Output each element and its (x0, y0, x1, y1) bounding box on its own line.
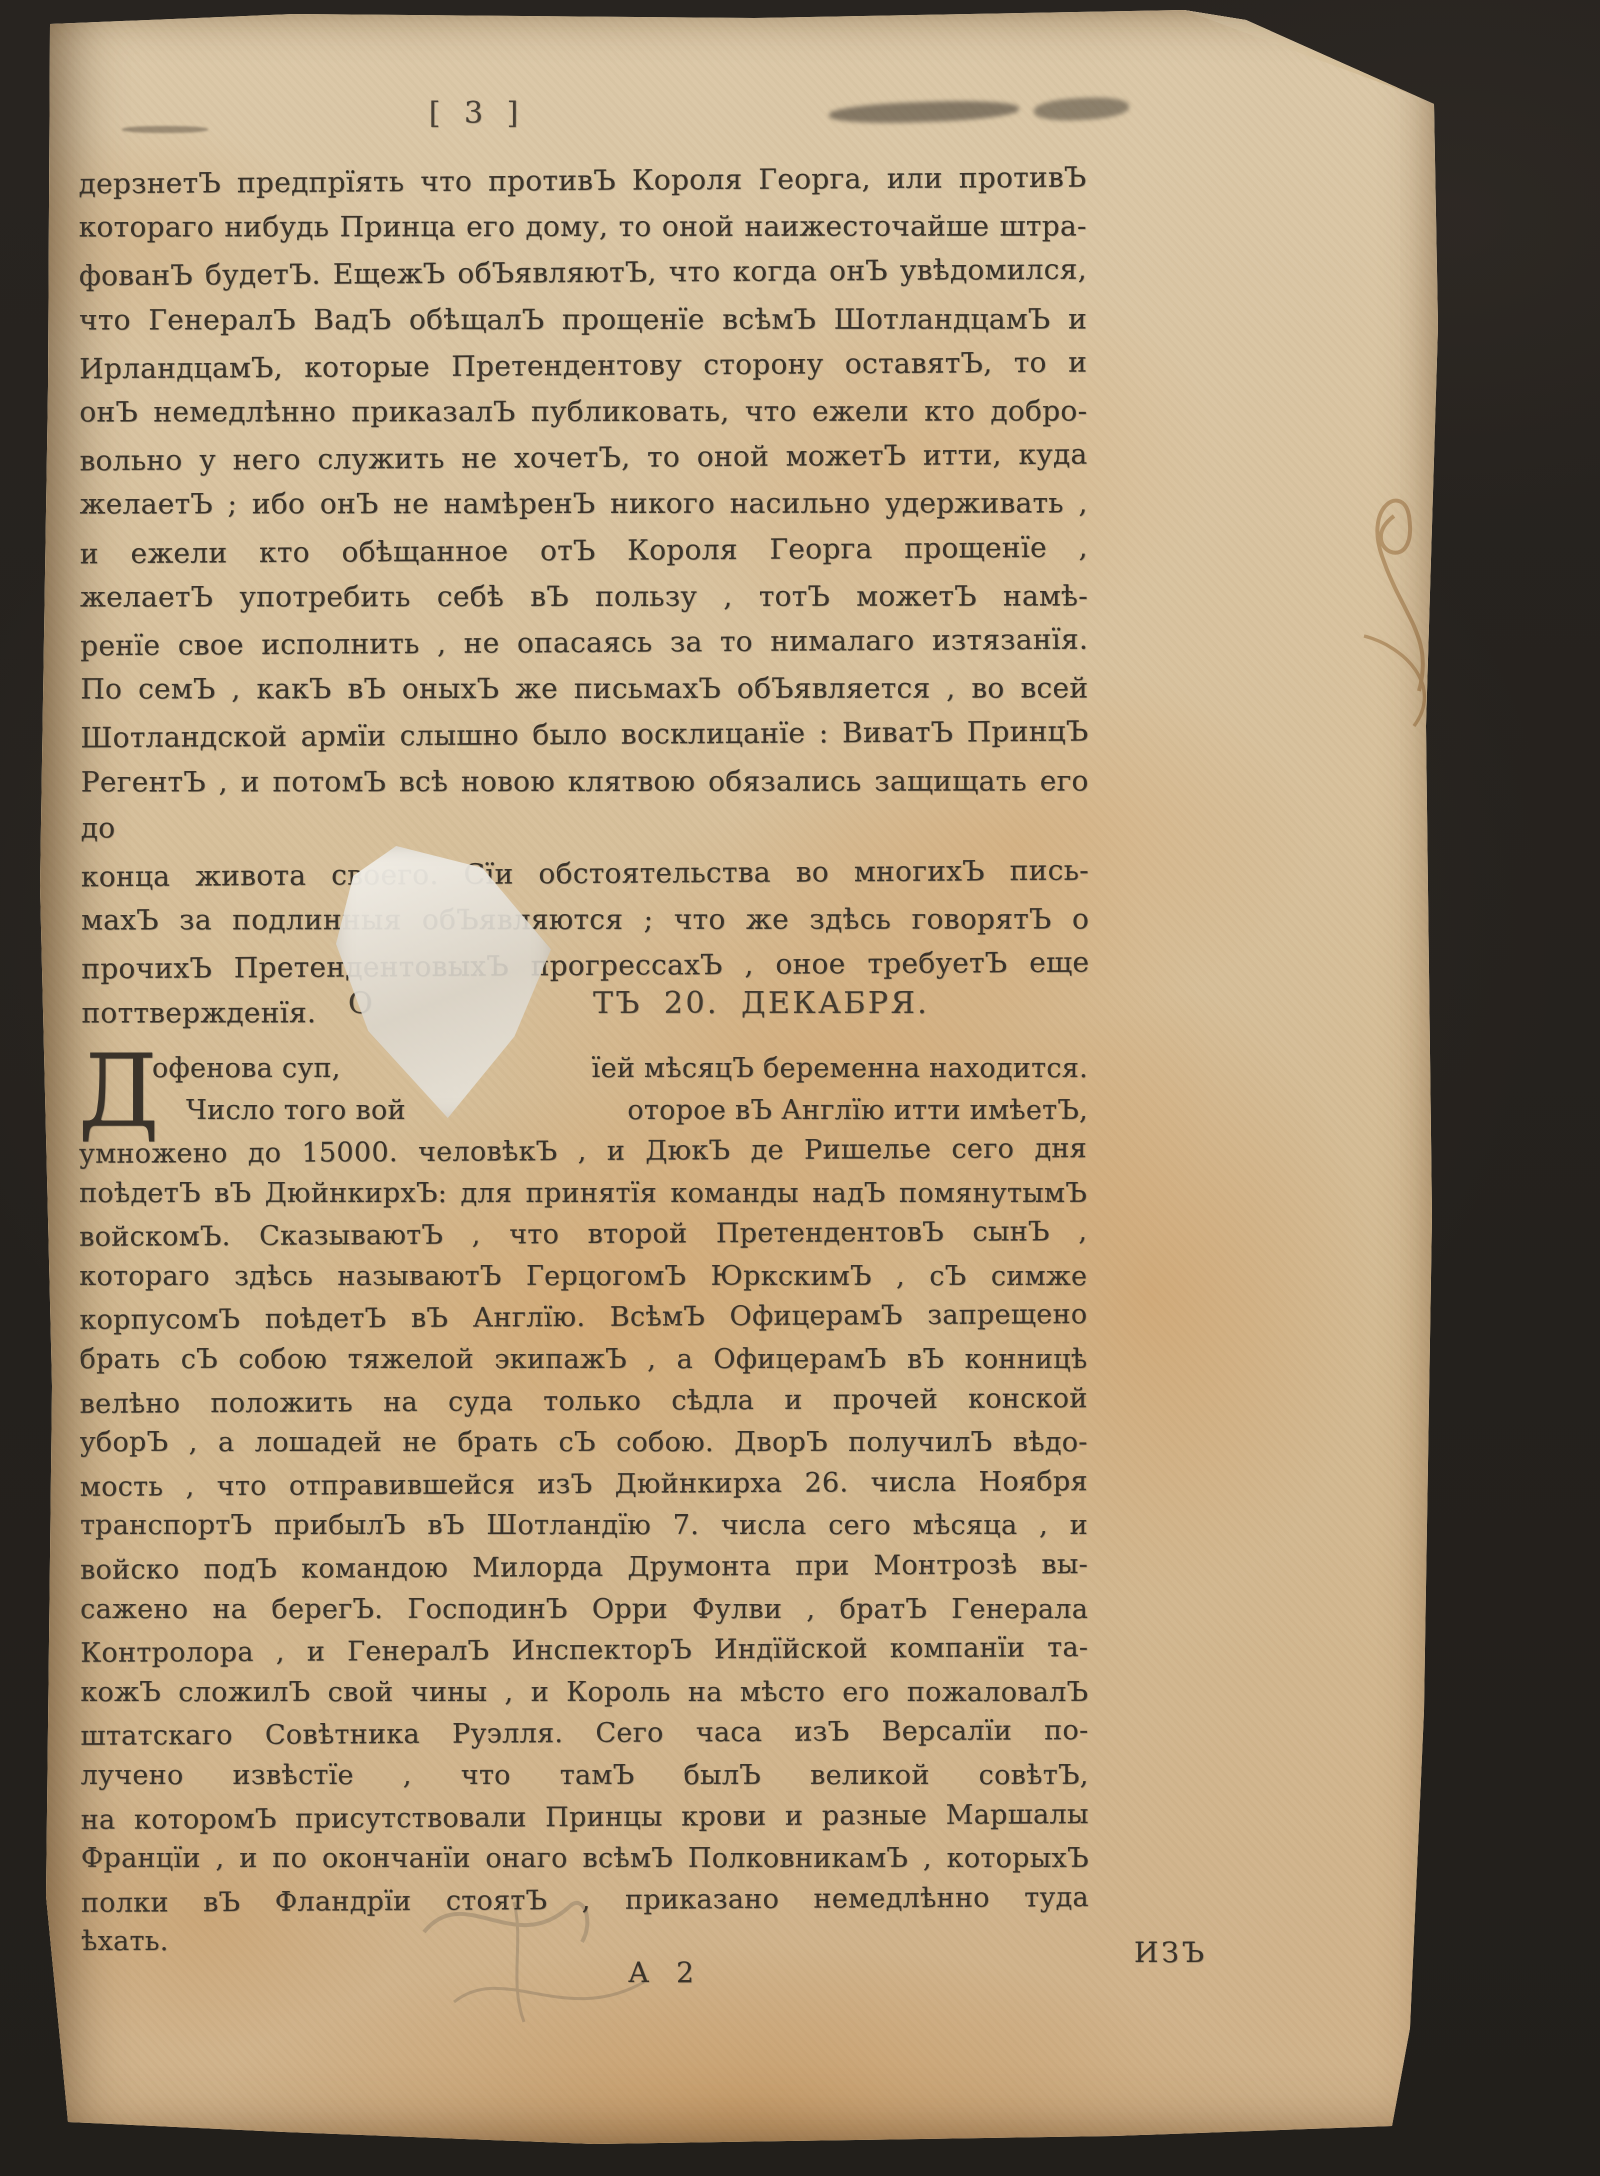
signature-mark: А 2 (628, 1956, 703, 1989)
text-line: конца живота своего. Сїи обстоятельства … (81, 848, 1089, 901)
text-line: вольно у него служить не хочетЪ, то оной… (79, 432, 1087, 485)
page-corner-fold (1154, 6, 1444, 126)
text-line: войскомЪ. СказываютЪ , что второй Претен… (79, 1211, 1087, 1258)
text-line: велѣно положить на суда только сѣдла и п… (80, 1378, 1088, 1425)
catchword: ИЗЪ (1134, 1936, 1207, 1969)
line-fragment-right: їей мѣсяцЪ беременна находится. (592, 1048, 1088, 1090)
text-line: котораго нибудь Принца его дому, то оной… (79, 204, 1087, 251)
text-line: Францїи , и по окончанїи онаго всѣмЪ Пол… (81, 1838, 1089, 1880)
text-line: ѣхать. (81, 1921, 1089, 1963)
scan-photo: { "page": { "number_display": "[ 3 ]", "… (0, 0, 1600, 2176)
text-line: Контролора , и ГенералЪ ИнспекторЪ Индїй… (80, 1627, 1088, 1674)
text-line: поѣдетЪ вЪ ДюйнкирхЪ: для принятїя коман… (79, 1173, 1087, 1215)
text-line: умножено до 15000. человѣкЪ , и ДюкЪ де … (79, 1128, 1087, 1175)
line-fragment-left: Число того вой (186, 1090, 406, 1132)
line-fragment-right: оторое вЪ Англїю итти имѣетЪ, (627, 1090, 1088, 1132)
text-line: сажено на берегЪ. ГосподинЪ Орри Фулви ,… (80, 1588, 1088, 1630)
text-line: войско подЪ командою Милорда Друмонта пр… (80, 1544, 1088, 1591)
text-line: кожЪ сложилЪ свой чины , и Король на мѣс… (80, 1672, 1088, 1714)
text-line: мость , что отправившейся изЪ Дюйнкирха … (80, 1461, 1088, 1508)
text-line: корпусомЪ поѣдетЪ вЪ Англїю. ВсѣмЪ Офице… (79, 1294, 1087, 1341)
text-line: желаетЪ употребить себѣ вЪ пользу , тотЪ… (80, 573, 1088, 620)
text-line: желаетЪ ; ибо онЪ не намѣренЪ никого нас… (80, 481, 1088, 528)
ink-smudge (122, 126, 208, 133)
text-line-fragmented: Число того вой оторое вЪ Англїю итти имѣ… (80, 1090, 1088, 1132)
text-line: фованЪ будетЪ. ЕщежЪ обЪявляютЪ, что ког… (79, 247, 1087, 300)
text-line: полки вЪ Фландрїи стоятЪ , приказано нем… (81, 1877, 1089, 1924)
text-line: Шотландской армїи слышно было восклицанї… (80, 709, 1088, 762)
text-line: лучено извѣстїе , что тамЪ былЪ великой … (81, 1755, 1089, 1797)
text-line: дерзнетЪ предпрїять что противЪ Короля Г… (78, 155, 1086, 208)
paragraph-2: умножено до 15000. человѣкЪ , и ДюкЪ де … (79, 1130, 1089, 1965)
ink-smudge (1033, 96, 1129, 123)
text-line: и ежели кто обѣщанное отЪ Короля Георга … (80, 524, 1088, 577)
handwritten-marginalia (1324, 486, 1474, 736)
text-line: ренїе свое исполнить , не опасаясь за то… (80, 617, 1088, 670)
text-line: что ГенералЪ ВадЪ обѣщалЪ прощенїе всѣмЪ… (79, 296, 1087, 343)
line-fragment-left: офенова суп, (152, 1048, 341, 1090)
text-line: По семЪ , какЪ вЪ оныхЪ же письмахЪ обЪя… (80, 666, 1088, 713)
section-heading: О ТЪ 20. ДЕКАБРЯ. (80, 986, 1088, 1028)
heading-fragment-right: ТЪ 20. ДЕКАБРЯ. (593, 986, 929, 1021)
text-line: онЪ немедлѣнно приказалЪ публиковать, чт… (79, 388, 1087, 435)
text-line: махЪ за подлинныя обЪявляются ; что же з… (81, 897, 1089, 944)
page-number: [ 3 ] (392, 96, 562, 131)
ink-smudge (829, 99, 1020, 126)
text-line: на которомЪ присутствовали Принцы крови … (81, 1794, 1089, 1841)
text-line: РегентЪ , и потомЪ всѣ новою клятвою обя… (81, 758, 1089, 851)
paragraph-1: дерзнетЪ предпрїять что противЪ Короля Г… (78, 156, 1089, 1037)
text-line: транспортЪ прибылЪ вЪ Шотландїю 7. числа… (80, 1505, 1088, 1547)
text-line: ИрландцамЪ, которые Претендентову сторон… (79, 339, 1087, 392)
text-line: брать сЪ собою тяжелой экипажЪ , а Офице… (80, 1339, 1088, 1381)
text-line-fragmented: офенова суп, їей мѣсяцЪ беременна находи… (80, 1048, 1088, 1090)
text-line: котораго здѣсь называютЪ ГерцогомЪ Юркск… (79, 1256, 1087, 1298)
text-line: штатскаго Совѣтника Руэлля. Сего часа из… (80, 1710, 1088, 1757)
text-line: уборЪ , а лошадей не брать сЪ собою. Дво… (80, 1422, 1088, 1464)
